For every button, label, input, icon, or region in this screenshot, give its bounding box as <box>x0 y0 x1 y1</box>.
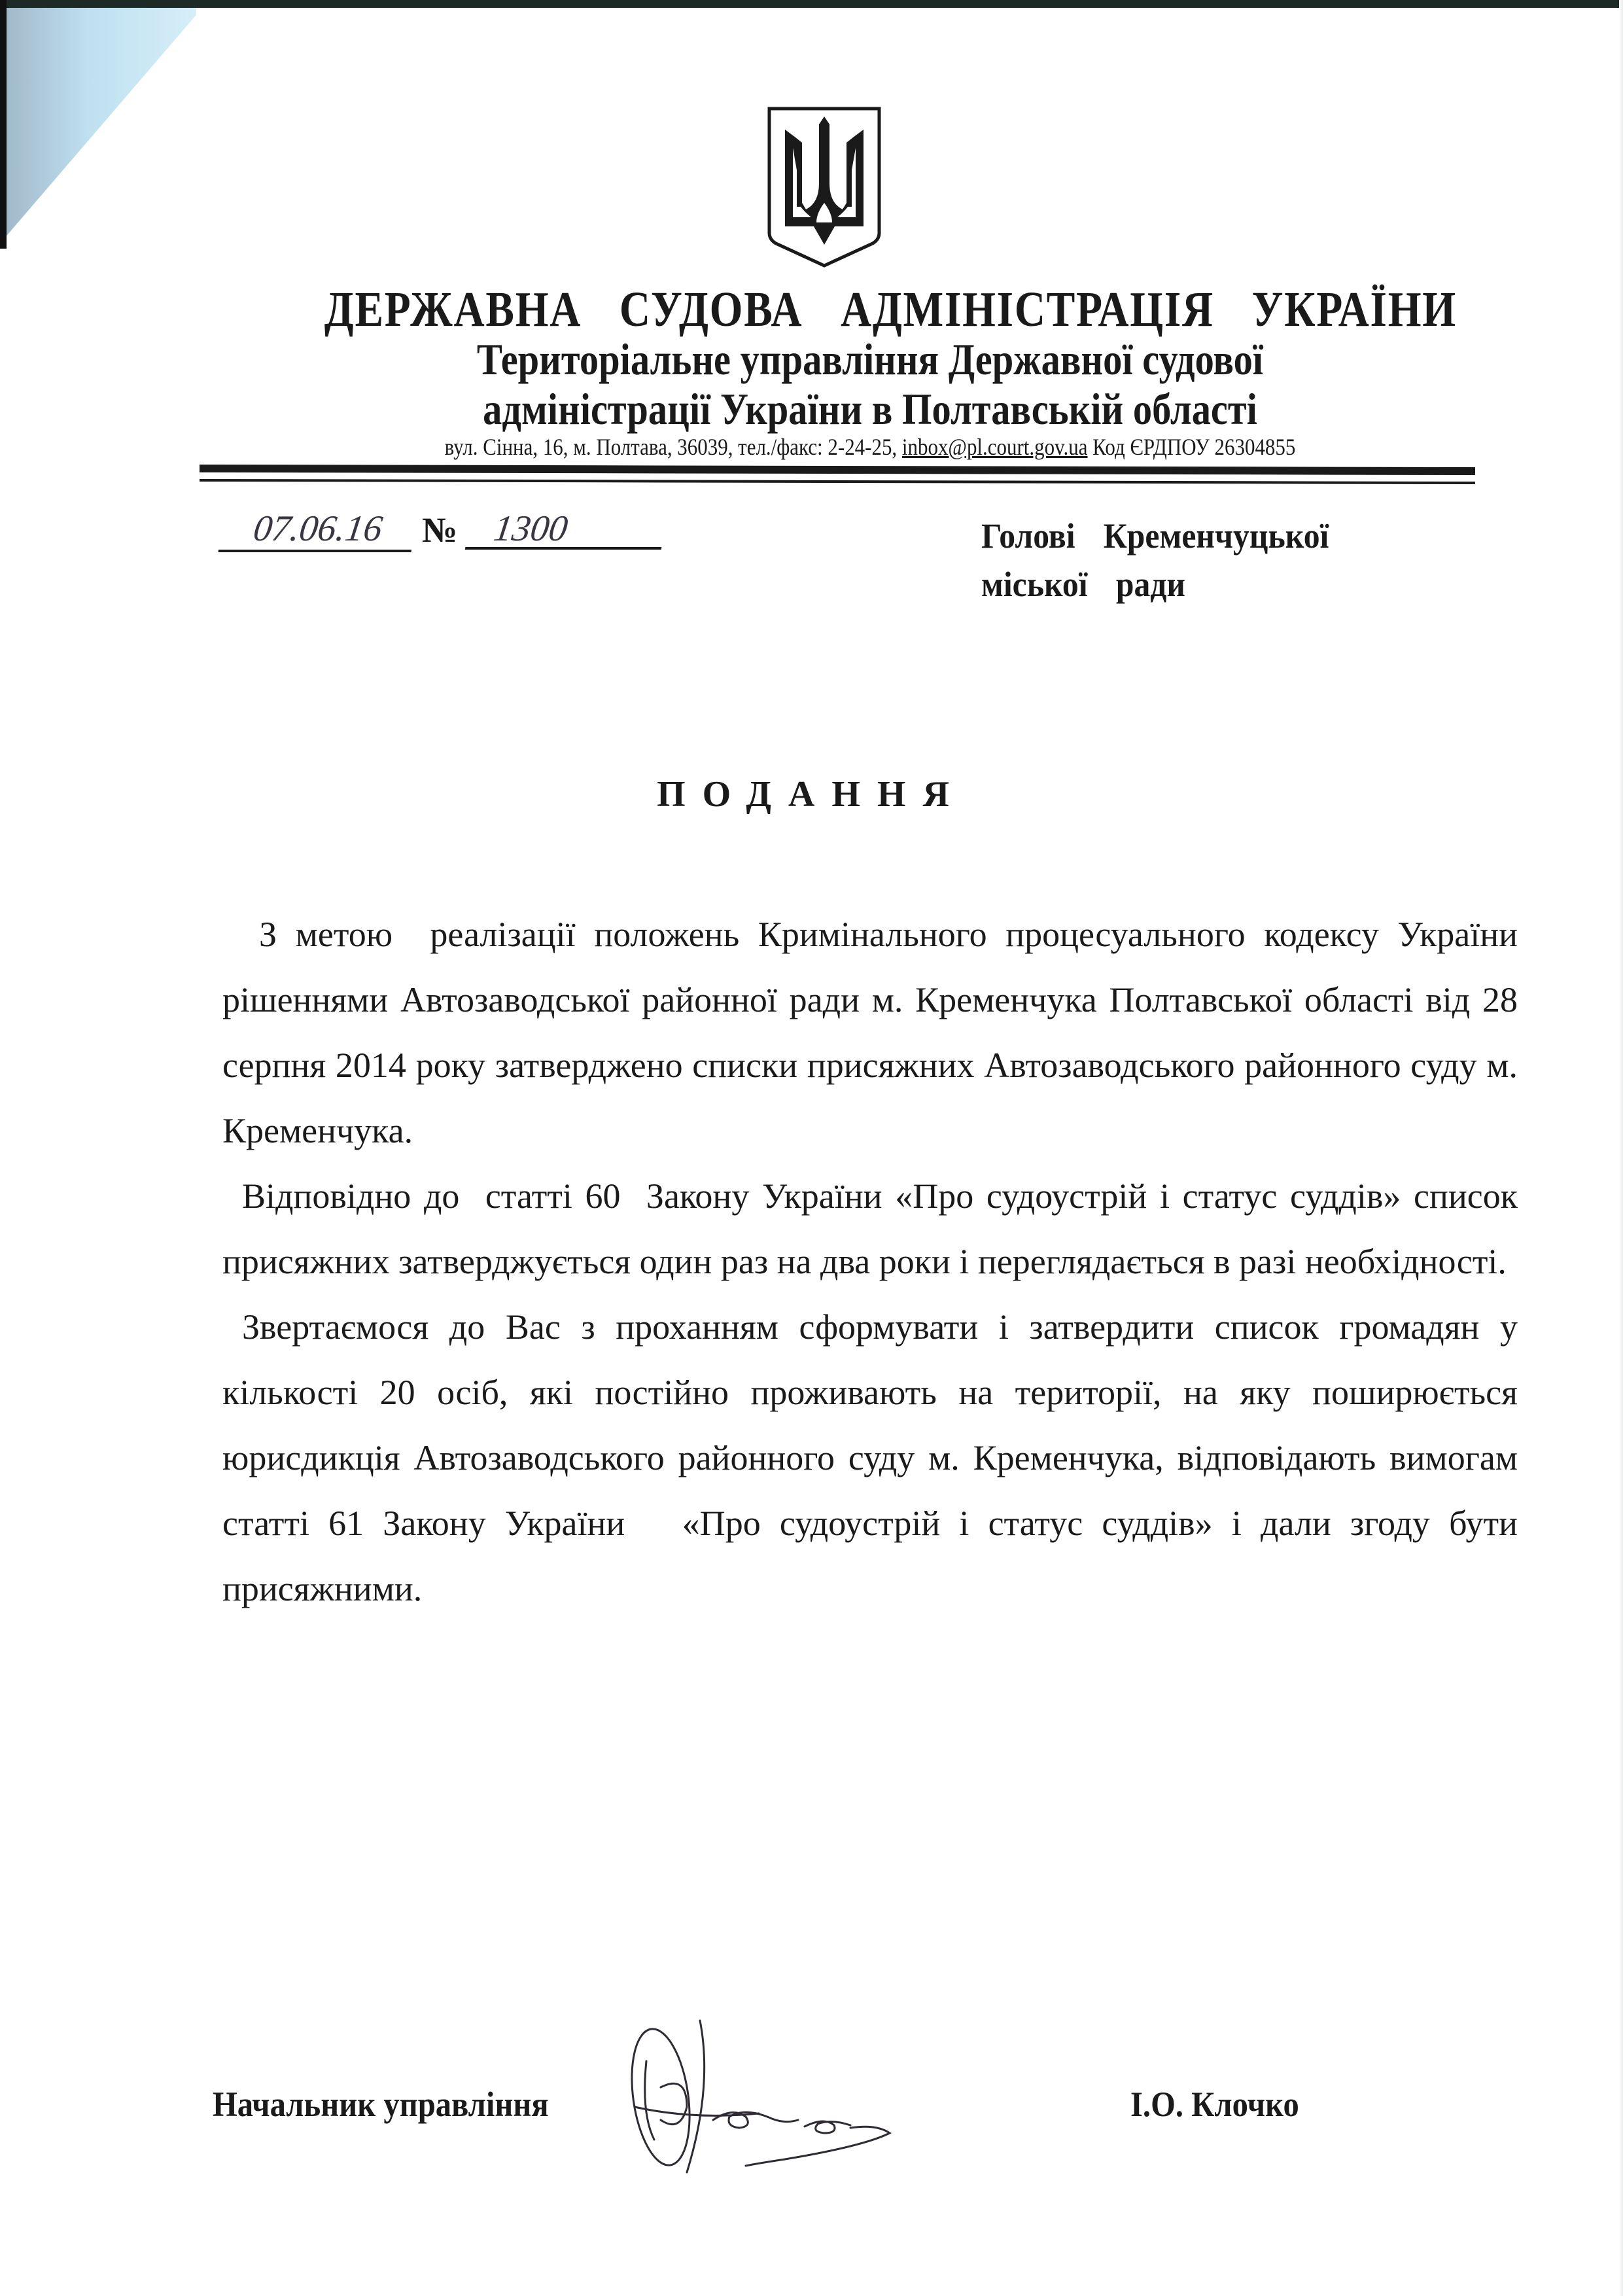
handwritten-signature-icon <box>615 2009 1034 2179</box>
number-sign: № <box>422 512 457 548</box>
header-divider-thick <box>200 465 1475 475</box>
trident-emblem-icon <box>764 105 884 270</box>
body-paragraph-2: Відповідно до статті 60 Закону України «… <box>222 1163 1518 1294</box>
scan-edge-top <box>0 0 1623 8</box>
address-text: вул. Сінна, 16, м. Полтава, 36039, тел./… <box>445 434 902 460</box>
edrpou-code: Код ЄРДПОУ 26304855 <box>1088 434 1296 460</box>
body-paragraph-3: Звертаємося до Вас з проханням сформуват… <box>222 1294 1518 1621</box>
addressee: Голові Кременчуцької міської ради <box>981 512 1329 609</box>
outgoing-date: 07.06.16 <box>218 510 417 552</box>
scan-edge-right <box>1619 0 1623 2296</box>
org-title: ДЕРЖАВНА СУДОВА АДМІНІСТРАЦІЯ УКРАЇНИ <box>324 281 1416 338</box>
scan-edge-left <box>0 0 7 249</box>
document-body: З метою реалізації положень Кримінальног… <box>222 902 1518 1621</box>
scan-corner-fold <box>0 8 196 243</box>
addressee-line2: міської ради <box>981 560 1329 609</box>
org-subtitle-line2: адміністрації України в Полтавській обла… <box>324 383 1416 435</box>
signatory-role: Начальник управління <box>213 2084 549 2125</box>
org-subtitle-line1: Територіальне управління Державної судов… <box>324 334 1416 385</box>
email-link[interactable]: inbox@pl.court.gov.ua <box>902 434 1088 460</box>
body-paragraph-1: З метою реалізації положень Кримінальног… <box>222 902 1518 1163</box>
signatory-name: І.О. Клочко <box>1130 2084 1299 2125</box>
addressee-line1: Голові Кременчуцької <box>981 512 1329 560</box>
outgoing-number: 1300 <box>465 510 667 550</box>
document-title: ПОДАННЯ <box>0 773 1623 815</box>
header-divider-thin <box>200 479 1475 484</box>
org-address: вул. Сінна, 16, м. Полтава, 36039, тел./… <box>324 433 1416 461</box>
